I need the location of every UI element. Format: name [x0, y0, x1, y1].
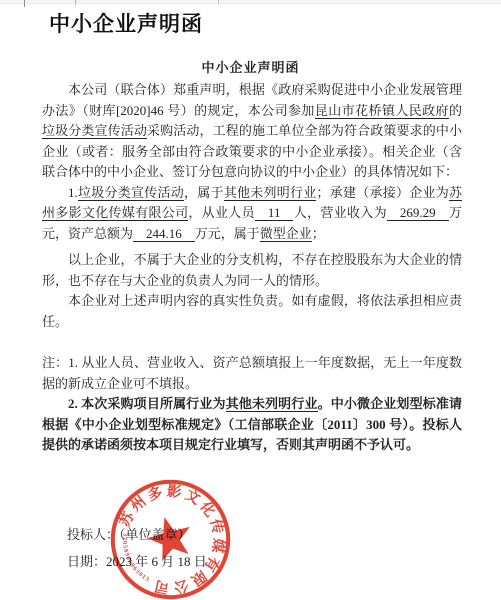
page-title: 中小企业声明函 — [49, 8, 203, 38]
text-segment: ； — [312, 226, 325, 241]
document-subtitle: 中小企业声明函 — [0, 57, 501, 76]
top-edge-tick — [75, 0, 76, 5]
text-segment: ，从业人员 — [188, 205, 255, 220]
paragraph-enterprise-info: 1.垃圾分类宣传活动，属于其他未列明行业；承建（承接）企业为苏州多影文化传媒有限… — [42, 183, 462, 245]
top-edge-tick — [24, 0, 25, 7]
project-name-underlined: 垃圾分类宣传活动 — [78, 185, 184, 201]
revenue-value: 269.29 — [387, 205, 449, 221]
text-segment: 2. 本次采购项目所属行业为 — [68, 396, 226, 411]
top-edge-tick — [218, 0, 219, 5]
paragraph-not-large-enterprise: 以上企业，不属于大企业的分支机构，不存在控股股东为大企业的情形，也不存在与大企业… — [42, 250, 462, 291]
document-page: 中小企业声明函 中小企业声明函 本公司（联合体）郑重声明，根据《政府采购促进中小… — [0, 0, 501, 600]
assets-value: 244.16 — [133, 226, 195, 242]
text-segment: ，属于 — [184, 185, 224, 200]
date-line: 日期：2023 年 6 月 18 日 — [67, 552, 207, 572]
employees-value: 11 — [255, 205, 294, 221]
paragraph-declaration: 本公司（联合体）郑重声明，根据《政府采购促进中小企业发展管理办法》（财库[202… — [42, 80, 462, 183]
note-1: 注：1. 从业人员、营业收入、资产总额填报上一年度数据，无上一年度数据的新成立企… — [42, 353, 462, 394]
industry-underlined: 其他未列明行业 — [224, 185, 317, 201]
text-segment: ；承建（承接）企业为 — [316, 185, 448, 200]
signature-block: 投标人：（单位盖章） 日期：2023 年 6 月 18 日 — [67, 525, 207, 579]
text-segment: 万元，属于 — [195, 226, 260, 241]
note-2: 2. 本次采购项目所属行业为其他未列明行业。中小微企业划型标准请根据《中小企业划… — [42, 394, 462, 456]
text-segment: 1. — [68, 185, 78, 200]
enterprise-type-underlined: 微型企业 — [260, 226, 312, 242]
industry-underlined-bold: 其他未列明行业 — [226, 396, 318, 412]
purchaser-name-underlined: 昆山市花桥镇人民政府 — [315, 103, 449, 119]
text-segment: 的 — [449, 103, 462, 118]
paragraph-responsibility: 本企业对上述声明内容的真实性负责。如有虚假，将依法承担相应责任。 — [42, 291, 462, 332]
bidder-line: 投标人：（单位盖章） — [67, 525, 207, 545]
document-body: 本公司（联合体）郑重声明，根据《政府采购促进中小企业发展管理办法》（财库[202… — [42, 80, 462, 456]
project-name-underlined: 垃圾分类宣传活动 — [42, 123, 147, 139]
text-segment: 人，营业收入为 — [293, 205, 386, 220]
